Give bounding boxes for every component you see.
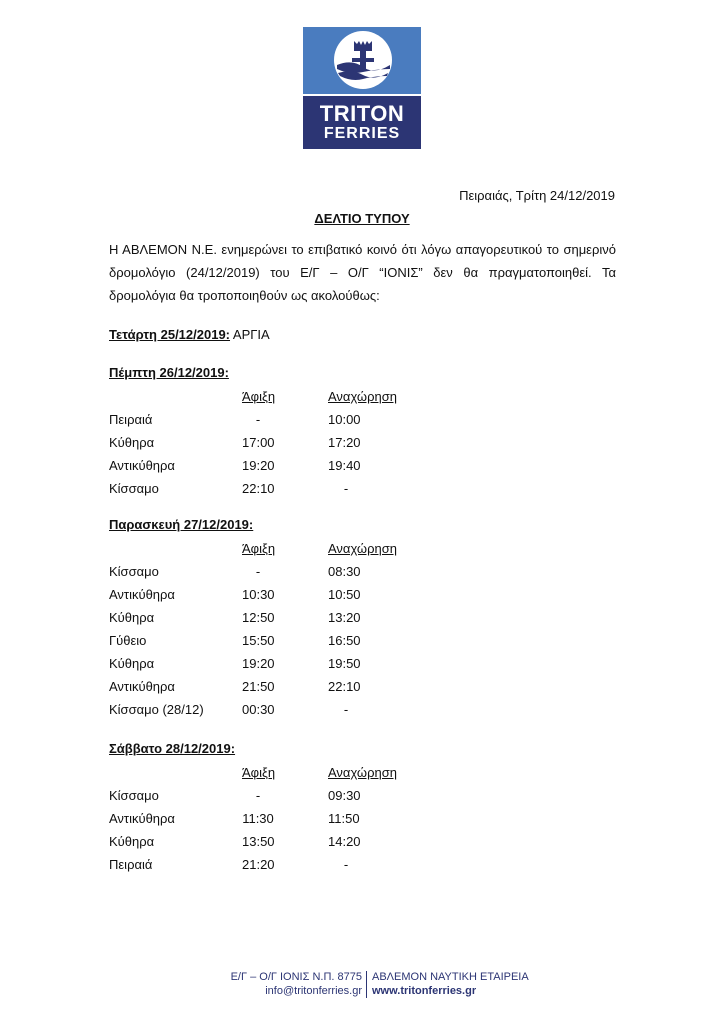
departure-header: Αναχώρηση xyxy=(328,541,397,556)
intro-paragraph: Η ΑΒΛΕΜΟΝ Ν.Ε. ενημερώνει το επιβατικό κ… xyxy=(109,238,616,307)
arrival-time: 21:50 xyxy=(242,679,274,694)
schedule-row: Πειραιά-10:00 xyxy=(109,412,509,432)
footer-left: Ε/Γ – Ο/Γ ΙΟΝΙΣ Ν.Π. 8775 info@tritonfer… xyxy=(231,970,362,998)
schedule-row: Κίσσαμο-09:30 xyxy=(109,788,509,808)
port-name: Κίσσαμο xyxy=(109,564,159,579)
arrival-time: 19:20 xyxy=(242,656,274,671)
arrival-header: Άφιξη xyxy=(242,765,274,780)
schedule-row: Αντικύθηρα21:5022:10 xyxy=(109,679,509,699)
arrival-time: - xyxy=(242,412,274,427)
arrival-header: Άφιξη xyxy=(242,389,274,404)
arrival-time: 19:20 xyxy=(242,458,274,473)
day-heading-text: Παρασκευή 27/12/2019: xyxy=(109,517,253,532)
schedule-row: Κύθηρα19:2019:50 xyxy=(109,656,509,676)
day-heading: Πέμπτη 26/12/2019: xyxy=(109,365,229,380)
day-heading-text: Πέμπτη 26/12/2019: xyxy=(109,365,229,380)
day-heading: Σάββατο 28/12/2019: xyxy=(109,741,235,756)
arrival-time: 17:00 xyxy=(242,435,274,450)
port-name: Κίσσαμο xyxy=(109,788,159,803)
column-header-row: ΆφιξηΑναχώρηση xyxy=(109,541,509,561)
port-name: Αντικύθηρα xyxy=(109,587,175,602)
schedule-row: Αντικύθηρα10:3010:50 xyxy=(109,587,509,607)
column-header-row: ΆφιξηΑναχώρηση xyxy=(109,389,509,409)
arrival-time: 21:20 xyxy=(242,857,274,872)
logo-line-1: TRITON xyxy=(303,103,421,125)
arrival-time: 13:50 xyxy=(242,834,274,849)
footer-vessel: Ε/Γ – Ο/Γ ΙΟΝΙΣ Ν.Π. 8775 xyxy=(231,970,362,984)
schedule-row: Κύθηρα17:0017:20 xyxy=(109,435,509,455)
port-name: Αντικύθηρα xyxy=(109,458,175,473)
schedule-row: Κύθηρα13:5014:20 xyxy=(109,834,509,854)
departure-header: Αναχώρηση xyxy=(328,765,397,780)
departure-time: 09:30 xyxy=(328,788,361,803)
footer-divider xyxy=(366,971,367,998)
arrival-time: - xyxy=(242,564,274,579)
arrival-time: 11:30 xyxy=(242,811,274,826)
port-name: Κύθηρα xyxy=(109,610,154,625)
schedule-row: Αντικύθηρα11:3011:50 xyxy=(109,811,509,831)
document-title: ΔΕΛΤΙΟ ΤΥΠΟΥ xyxy=(0,211,724,226)
trident-wave-icon xyxy=(334,31,392,89)
port-name: Κύθηρα xyxy=(109,435,154,450)
holiday-heading: Τετάρτη 25/12/2019: xyxy=(109,327,230,342)
column-header-row: ΆφιξηΑναχώρηση xyxy=(109,765,509,785)
schedule-row: Αντικύθηρα19:2019:40 xyxy=(109,458,509,478)
departure-time: 11:50 xyxy=(328,811,360,826)
departure-time: 10:50 xyxy=(328,587,361,602)
triton-ferries-logo: TRITON FERRIES xyxy=(303,27,421,149)
port-name: Κύθηρα xyxy=(109,656,154,671)
departure-time: 16:50 xyxy=(328,633,361,648)
port-name: Πειραιά xyxy=(109,857,152,872)
port-name: Γύθειο xyxy=(109,633,146,648)
footer-right: ΑΒΛΕΜΟΝ ΝΑΥΤΙΚΗ ΕΤΑΙΡΕΙΑ www.tritonferri… xyxy=(372,970,529,998)
holiday-note: ΑΡΓΙΑ xyxy=(233,327,270,342)
schedule-row: Πειραιά21:20- xyxy=(109,857,509,877)
departure-time: - xyxy=(328,481,364,496)
departure-time: 19:50 xyxy=(328,656,361,671)
footer-website: www.tritonferries.gr xyxy=(372,984,529,998)
departure-time: 22:10 xyxy=(328,679,361,694)
departure-time: - xyxy=(328,702,364,717)
logo-emblem-panel xyxy=(303,27,421,94)
arrival-time: 15:50 xyxy=(242,633,274,648)
schedule-row: Κύθηρα12:5013:20 xyxy=(109,610,509,630)
arrival-header: Άφιξη xyxy=(242,541,274,556)
departure-time: - xyxy=(328,857,364,872)
port-name: Κίσσαμο xyxy=(109,481,159,496)
dateline: Πειραιάς, Τρίτη 24/12/2019 xyxy=(459,188,615,203)
port-name: Κίσσαμο (28/12) xyxy=(109,702,204,717)
arrival-time: - xyxy=(242,788,274,803)
port-name: Αντικύθηρα xyxy=(109,679,175,694)
departure-time: 17:20 xyxy=(328,435,361,450)
footer-company: ΑΒΛΕΜΟΝ ΝΑΥΤΙΚΗ ΕΤΑΙΡΕΙΑ xyxy=(372,970,529,984)
logo-line-2: FERRIES xyxy=(303,125,421,143)
departure-header: Αναχώρηση xyxy=(328,389,397,404)
schedule-row: Κίσσαμο (28/12)00:30- xyxy=(109,702,509,722)
schedule-row: Γύθειο15:5016:50 xyxy=(109,633,509,653)
schedule-row: Κίσσαμο22:10- xyxy=(109,481,509,501)
port-name: Κύθηρα xyxy=(109,834,154,849)
departure-time: 08:30 xyxy=(328,564,361,579)
port-name: Αντικύθηρα xyxy=(109,811,175,826)
arrival-time: 22:10 xyxy=(242,481,274,496)
holiday-line: Τετάρτη 25/12/2019: ΑΡΓΙΑ xyxy=(109,327,270,342)
departure-time: 14:20 xyxy=(328,834,361,849)
footer-email: info@tritonferries.gr xyxy=(231,984,362,998)
departure-time: 13:20 xyxy=(328,610,361,625)
logo-wordmark: TRITON FERRIES xyxy=(303,96,421,149)
day-heading-text: Σάββατο 28/12/2019: xyxy=(109,741,235,756)
arrival-time: 00:30 xyxy=(242,702,274,717)
departure-time: 10:00 xyxy=(328,412,361,427)
schedule-row: Κίσσαμο-08:30 xyxy=(109,564,509,584)
arrival-time: 12:50 xyxy=(242,610,274,625)
departure-time: 19:40 xyxy=(328,458,361,473)
day-heading: Παρασκευή 27/12/2019: xyxy=(109,517,253,532)
arrival-time: 10:30 xyxy=(242,587,274,602)
port-name: Πειραιά xyxy=(109,412,152,427)
